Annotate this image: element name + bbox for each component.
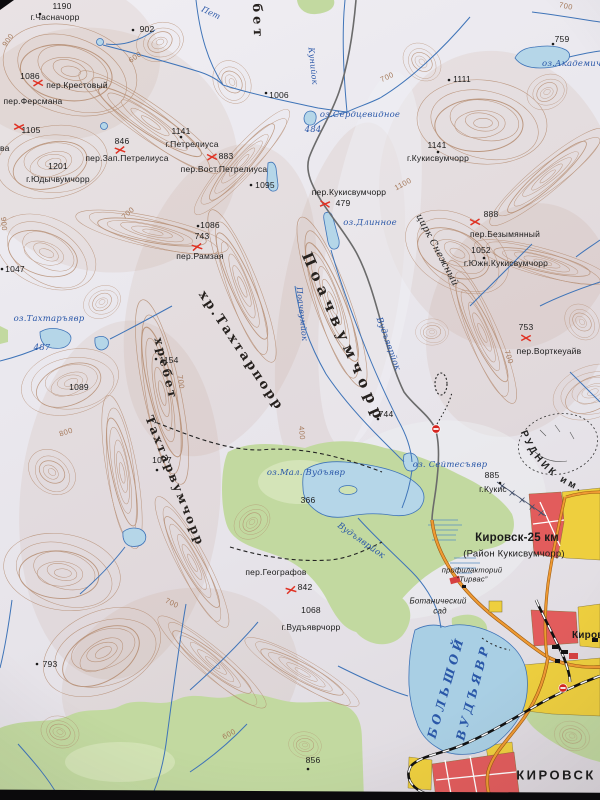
label-mt-kukis: г.Кукис bbox=[479, 484, 507, 494]
elev-1052: 1052 bbox=[471, 245, 491, 255]
elev-1095: 1095 bbox=[255, 180, 275, 190]
label-pass-krestovy: пер.Крестовый bbox=[46, 80, 108, 90]
label-lake-mal-vudyavr: оз.Мал. Вудъявр bbox=[267, 468, 345, 478]
elev-1086b: 1086 bbox=[200, 220, 220, 230]
elev-883: 883 bbox=[219, 151, 234, 161]
label-lake-serdtsevidnoe: оз.Сердцевидное bbox=[320, 110, 400, 120]
label-lake-seitesyavr: оз. Сейтесъявр bbox=[413, 460, 488, 470]
elev-366: 366 bbox=[301, 495, 316, 505]
label-mt-chasnachorr: г.Часначорр bbox=[30, 12, 79, 22]
label-pass-fersmana: пер.Ферсмана bbox=[4, 96, 63, 106]
elev-1047: 1047 bbox=[5, 264, 25, 274]
label-mt-yudychvumchorr: г.Юдычвумчорр bbox=[26, 174, 90, 184]
elev-793: 793 bbox=[43, 659, 58, 669]
contour-label-400: 400 bbox=[297, 426, 307, 441]
elev-1141b: 1141 bbox=[427, 140, 446, 150]
label-partial-va: ва bbox=[0, 143, 10, 153]
label-lake-dlinnoe: оз.Длинное bbox=[343, 218, 397, 228]
label-lake-takhtaryavr: оз.Тахтаръявр bbox=[14, 314, 85, 324]
map-graphics: РУДНИК им. bbox=[0, 0, 600, 800]
elev-487: 487 bbox=[34, 343, 51, 353]
label-bot-garden-1: Ботанический bbox=[409, 597, 466, 606]
label-station-kirovsk: Кировск bbox=[572, 630, 600, 641]
elev-743: 743 bbox=[195, 231, 210, 241]
elev-888: 888 bbox=[484, 209, 499, 219]
elev-1068: 1068 bbox=[301, 605, 321, 615]
label-pass-kukisvumchorr: пер.Кукисвумчорр bbox=[312, 187, 386, 197]
elev-1141: 1141 bbox=[171, 126, 190, 136]
label-pass-vost-petreliusa: пер.Вост.Петрелиуса bbox=[181, 164, 268, 174]
elev-856: 856 bbox=[306, 755, 321, 765]
elev-1077: 1077 bbox=[152, 455, 172, 465]
label-profilaktoriy: профилакторий bbox=[442, 566, 502, 575]
elev-885: 885 bbox=[485, 470, 500, 480]
contour-label-900b: 900 bbox=[0, 217, 9, 232]
label-mt-kukisvumchorr: г.Кукисвумчорр bbox=[407, 153, 469, 163]
elev-744: 744 bbox=[379, 409, 394, 419]
label-city-kirovsk: КИРОВСК bbox=[516, 768, 596, 783]
elev-1086: 1086 bbox=[20, 71, 40, 81]
label-bot-garden-2: сад bbox=[433, 607, 446, 616]
label-pass-zap-petreliusa: пер.Зап.Петрелиуса bbox=[85, 153, 168, 163]
elev-1089: 1089 bbox=[69, 382, 89, 392]
elev-753: 753 bbox=[519, 322, 534, 332]
elev-1105: 1105 bbox=[21, 125, 40, 135]
label-tirvas: “Тирвас” bbox=[457, 575, 488, 584]
label-ridge-partial-bet: бет bbox=[249, 3, 265, 41]
topo-map-photo: РУДНИК им. 1190 г.Часначорр 902 1086 пер… bbox=[0, 0, 600, 800]
elev-1154: 1154 bbox=[159, 355, 178, 365]
label-pass-bezymyanny: пер.Безымянный bbox=[470, 229, 540, 239]
label-pass-ramzaya: пер.Рамзая bbox=[176, 251, 224, 261]
elev-842: 842 bbox=[298, 582, 313, 592]
elev-1111: 1111 bbox=[453, 74, 471, 84]
elev-1006: 1006 bbox=[269, 90, 289, 100]
label-mt-yuzh-kukisvumchorr: г.Южн.Кукисвумчорр bbox=[464, 258, 548, 268]
elev-1201: 1201 bbox=[48, 161, 68, 171]
contour-label-700d: 700 bbox=[176, 374, 187, 389]
label-town-raion: (Район Кукисвумчорр) bbox=[463, 549, 564, 560]
elev-759: 759 bbox=[555, 34, 570, 44]
label-town-kirovsk25: Кировск-25 км bbox=[475, 532, 559, 544]
label-mt-vudyavrchorr: г.Вудъяврчорр bbox=[282, 622, 341, 632]
label-lake-akademicheskoe: оз.Академич bbox=[542, 59, 600, 69]
label-pass-vortkeuaiv: пер.Ворткеуайв bbox=[517, 346, 582, 356]
label-pass-geografov: пер.Географов bbox=[245, 567, 306, 577]
elev-1190: 1190 bbox=[52, 1, 71, 11]
elev-484: 484 bbox=[305, 125, 322, 135]
elev-479: 479 bbox=[336, 198, 351, 208]
label-mt-petreliusa: г.Петрелиуса bbox=[165, 139, 218, 149]
elev-846: 846 bbox=[115, 136, 130, 146]
elev-902: 902 bbox=[140, 24, 155, 34]
